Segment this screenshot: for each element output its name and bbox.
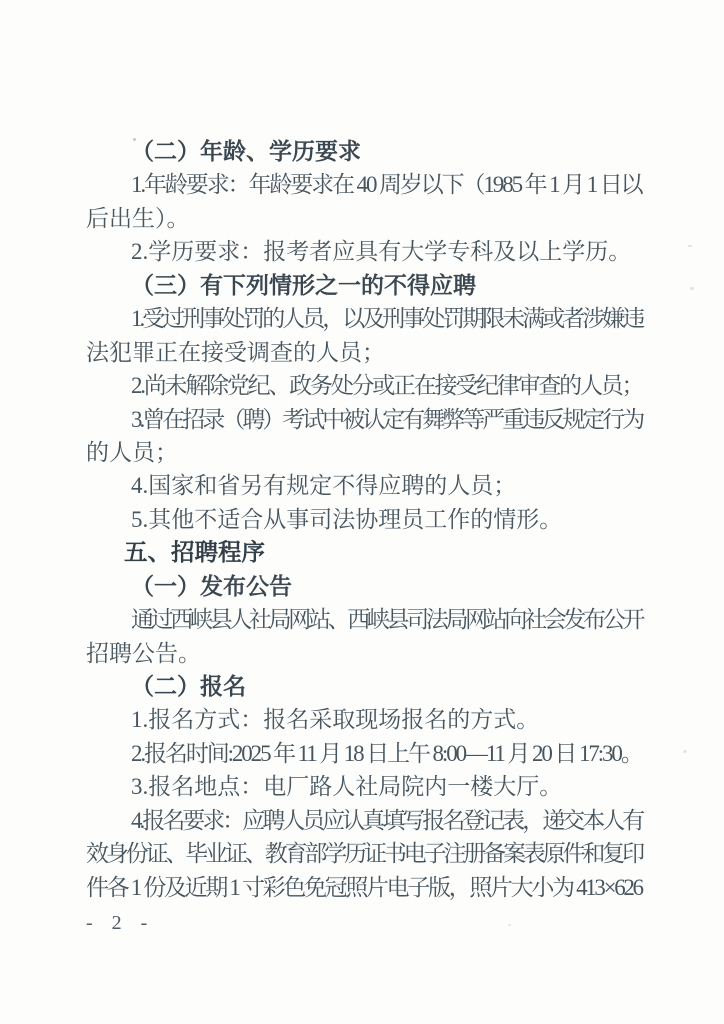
text-line: 的人员； [86,436,642,469]
line-text: 2.尚未解除党纪、政务处分或正在接受纪律审查的人员； [131,369,642,402]
heading-text: （二）年龄、学历要求 [131,135,361,168]
text-line: 3.曾在招录（聘）考试中被认定有舞弊等严重违反规定行为 [86,403,642,436]
page-number: - 2 - [86,912,154,935]
line-text: 1.受过刑事处罚的人员，以及刑事处罚期限未满或者涉嫌违 [131,302,642,335]
line-text: 招聘公告。 [86,637,201,670]
text-line: 件各 1 份及近期 1 寸彩色免冠照片电子版，照片大小为 413×626 [86,871,642,904]
heading-text: （一）发布公告 [131,570,292,603]
line-text: 2.学历要求：报考者应具有大学专科及以上学历。 [131,235,631,268]
text-line: 1.受过刑事处罚的人员，以及刑事处罚期限未满或者涉嫌违 [86,302,642,335]
scan-speck [688,245,692,247]
text-line: 效身份证、毕业证、教育部学历证书电子注册备案表原件和复印 [86,837,642,870]
text-line: 招聘公告。 [86,637,642,670]
scan-speck [133,138,136,141]
text-line: 通过西峡县人社局网站、西峡县司法局网站向社会发布公开 [86,603,642,636]
line-text: 后出生）。 [86,202,190,235]
line-text: 的人员； [86,436,178,469]
heading-text: 五、招聘程序 [124,536,265,569]
text-line: 后出生）。 [86,202,642,235]
text-line: 4.国家和省另有规定不得应聘的人员； [86,469,642,502]
text-line: 1.报名方式：报名采取现场报名的方式。 [86,703,642,736]
line-text: 通过西峡县人社局网站、西峡县司法局网站向社会发布公开 [131,603,642,636]
line-text: 1.报名方式：报名采取现场报名的方式。 [131,703,539,736]
text-line: 2.学历要求：报考者应具有大学专科及以上学历。 [86,235,642,268]
text-line: 2.尚未解除党纪、政务处分或正在接受纪律审查的人员； [86,369,642,402]
text-line: 5.其他不适合从事司法协理员工作的情形。 [86,503,642,536]
text-line: 4.报名要求：应聘人员应认真填写报名登记表，递交本人有 [86,804,642,837]
subsection-heading: （三）有下列情形之一的不得应聘 [86,269,642,302]
subsection-heading: （二）报名 [86,670,642,703]
scan-speck [690,287,694,290]
subsection-heading: （二）年龄、学历要求 [86,135,642,168]
line-text: 1.年龄要求：年龄要求在 40 周岁以下（1985 年 1 月 1 日以 [131,168,642,201]
document-body: （二）年龄、学历要求 1.年龄要求：年龄要求在 40 周岁以下（1985 年 1… [86,135,642,904]
line-text: 4.报名要求：应聘人员应认真填写报名登记表，递交本人有 [131,804,642,837]
text-line: 法犯罪正在接受调查的人员； [86,336,642,369]
line-text: 3.曾在招录（聘）考试中被认定有舞弊等严重违反规定行为 [131,403,642,436]
line-text: 5.其他不适合从事司法协理员工作的情形。 [131,503,562,536]
line-text: 件各 1 份及近期 1 寸彩色免冠照片电子版，照片大小为 413×626 [86,871,642,904]
heading-text: （三）有下列情形之一的不得应聘 [131,269,476,302]
document-page: （二）年龄、学历要求 1.年龄要求：年龄要求在 40 周岁以下（1985 年 1… [0,0,724,1024]
text-line: 3.报名地点：电厂路人社局院内一楼大厅。 [86,770,642,803]
scan-speck [508,924,511,926]
line-text: 4.国家和省另有规定不得应聘的人员； [131,469,516,502]
text-line: 1.年龄要求：年龄要求在 40 周岁以下（1985 年 1 月 1 日以 [86,168,642,201]
section-heading: 五、招聘程序 [86,536,642,569]
line-text: 法犯罪正在接受调查的人员； [86,336,385,369]
line-text: 3.报名地点：电厂路人社局院内一楼大厅。 [131,770,562,803]
heading-text: （二）报名 [131,670,246,703]
subsection-heading: （一）发布公告 [86,570,642,603]
line-text: 效身份证、毕业证、教育部学历证书电子注册备案表原件和复印 [86,837,642,870]
line-text: 2.报名时间:2025 年 11 月 18 日上午 8:00—11 月 20 日… [131,737,642,770]
text-line: 2.报名时间:2025 年 11 月 18 日上午 8:00—11 月 20 日… [86,737,642,770]
scan-speck [683,750,687,753]
